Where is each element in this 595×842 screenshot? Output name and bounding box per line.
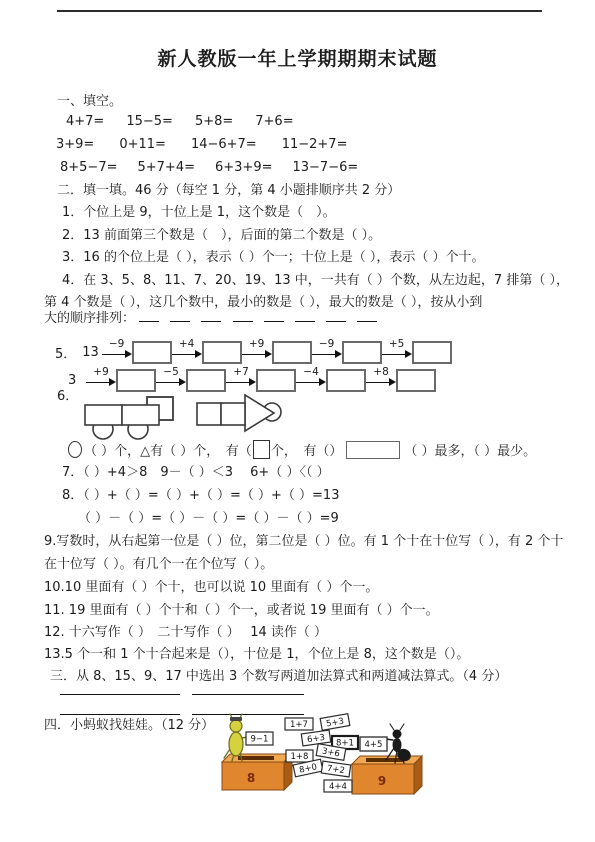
equation-row-1: 4+7= 15−5= 5+8= 7+6= xyxy=(66,114,294,129)
section4-heading: 四．小蚂蚁找娃娃。（12 分） xyxy=(44,717,214,735)
operation-label: +4 xyxy=(179,338,194,350)
operation-label: −5 xyxy=(163,366,178,378)
arrow-icon: +9 xyxy=(242,341,272,363)
question-5-number: 5． xyxy=(55,343,76,362)
number-chain-2: 3 +9 −5 +7 −4 +8 xyxy=(68,369,436,391)
section2-heading: 二．填一填。46 分（每空 1 分，第 4 小题排顺序共 2 分） xyxy=(57,182,400,200)
answer-blank xyxy=(233,308,253,322)
section1-heading: 一、填空。 xyxy=(57,93,122,111)
operation-label: −9 xyxy=(319,338,334,350)
svg-text:4+5: 4+5 xyxy=(365,740,383,750)
answer-blank xyxy=(264,308,284,322)
equation: 3+9= xyxy=(56,137,94,152)
answer-box xyxy=(132,341,172,364)
equation: 4+7= xyxy=(66,114,104,129)
square-shape xyxy=(197,403,221,425)
arrow-icon: −9 xyxy=(312,341,342,363)
operation-label: +7 xyxy=(233,366,248,378)
operation-label: +9 xyxy=(93,366,108,378)
answer-blank xyxy=(60,701,180,715)
answer-box xyxy=(116,369,156,392)
svg-text:1+8: 1+8 xyxy=(291,752,309,762)
answer-box xyxy=(342,341,382,364)
svg-text:3+6: 3+6 xyxy=(321,747,340,760)
arrow-icon: +5 xyxy=(382,341,412,363)
equation: 0+11= xyxy=(119,137,166,152)
sort-label: 大的顺序排列： xyxy=(44,311,135,326)
card: 5+3 xyxy=(320,714,350,731)
chain1-start-number: 13 xyxy=(82,345,99,360)
question-1: 1．个位上是 9，十位上是 1，这个数是（ ）。 xyxy=(62,204,336,222)
answer-blank xyxy=(192,681,304,695)
circle-icon xyxy=(68,441,82,458)
right-box-label: 9 xyxy=(378,774,386,788)
rectangle-icon xyxy=(346,441,400,459)
count-text: （ ）个， xyxy=(84,444,140,459)
question-11: 11. 19 里面有（ ）个十和（ ）个一，或者说 19 里面有（ ）个一。 xyxy=(44,602,439,620)
operation-label: −4 xyxy=(303,366,318,378)
question-8-line1: 8．（ ）+（ ）=（ ）+（ ）=（ ）+（ ）=13 xyxy=(62,487,339,505)
question-9-line1: 9.写数时，从右起第一位是（ ）位，第二位是（ ）位。有 1 个十在十位写（ ）… xyxy=(44,533,563,551)
box-slot xyxy=(238,756,274,760)
answer-blank xyxy=(139,308,159,322)
arrow-icon: +9 xyxy=(86,369,116,391)
answer-box xyxy=(326,369,366,392)
arrow-icon: −4 xyxy=(296,369,326,391)
body-rectangle xyxy=(85,405,122,425)
question-9-line2: 在十位写（ ）。有几个一在个位写（ ）。 xyxy=(44,556,273,574)
question-10: 10.10 里面有（ ）个十，也可以说 10 里面有（ ）个一。 xyxy=(44,579,378,597)
triangle-shape xyxy=(245,395,274,431)
answer-box xyxy=(256,369,296,392)
card: 4+4 xyxy=(324,780,352,792)
card: 1+7 xyxy=(285,718,313,730)
operation-label: +9 xyxy=(249,338,264,350)
question-2: 2．13 前面第三个数是（ ），后面的第二个数是（ ）。 xyxy=(62,227,381,245)
answer-blank xyxy=(357,308,377,322)
equation: 14−6+7= xyxy=(191,137,257,152)
count-text: 有（ xyxy=(226,444,252,459)
ants-picture: 8 9 xyxy=(198,706,428,801)
svg-text:4+4: 4+4 xyxy=(329,782,347,792)
equation: 15−5= xyxy=(126,114,173,129)
square-icon xyxy=(253,440,270,459)
question-4-line1: 4．在 3、5、8、11、7、20、19、13 中，一共有（ ）个数，从左边起，… xyxy=(62,272,569,290)
shapes-figure xyxy=(80,393,290,443)
svg-text:5+3: 5+3 xyxy=(325,717,344,730)
question-7: 7．（ ）+4＞8 9－（ ）＜3 6+（ ）〈（ ） xyxy=(62,464,330,482)
operation-label: +5 xyxy=(389,338,404,350)
square-shape xyxy=(221,403,245,425)
count-text: △有（ ）个， xyxy=(140,444,213,459)
answer-blank xyxy=(201,308,221,322)
number-chain-1: 5． 13 −9 +4 +9 −9 +5 xyxy=(55,341,452,363)
answer-box xyxy=(396,369,436,392)
count-text: 有（） xyxy=(303,444,342,459)
arrow-icon: +4 xyxy=(172,341,202,363)
answer-box xyxy=(412,341,452,364)
answer-box xyxy=(186,369,226,392)
question-8-line2: （ ）－（ ）=（ ）－（ ）=（ ）－（ ）=9 xyxy=(78,510,339,528)
arrow-icon: +8 xyxy=(366,369,396,391)
card: 7+2 xyxy=(321,761,350,777)
answer-box xyxy=(272,341,312,364)
left-box-label: 8 xyxy=(247,771,255,785)
question-4-sort-line: 大的顺序排列： xyxy=(44,308,384,328)
question-12: 12. 十六写作（ ） 二十写作（ ） 14 读作（ ） xyxy=(44,624,327,642)
exam-paper-page: 新人教版一年上学期期期末试题 一、填空。 4+7= 15−5= 5+8= 7+6… xyxy=(0,0,595,842)
answer-blank xyxy=(170,308,190,322)
question-6-counting-line: （ ）个，△有（ ）个， 有（个， 有（）（ ）最多，（ ）最少。 xyxy=(68,440,536,461)
question-6-number: 6． xyxy=(57,388,78,406)
answer-blank xyxy=(326,308,346,322)
count-text: 个， xyxy=(271,444,291,459)
question-13: 13.5 个一和 1 个十合起来是（），十位是 1，个位上是 8，这个数是（）。 xyxy=(44,646,469,664)
answer-blank-row xyxy=(60,681,304,695)
body-rectangle xyxy=(122,405,159,425)
operation-label: +8 xyxy=(373,366,388,378)
equation: 6+3+9= xyxy=(215,160,273,175)
equation-row-2: 3+9= 0+11= 14−6+7= 11−2+7= xyxy=(56,137,347,152)
arrow-icon: +7 xyxy=(226,369,256,391)
right-box: 9 xyxy=(352,756,422,794)
answer-box xyxy=(202,341,242,364)
card: 4+5 xyxy=(360,737,387,751)
page-title: 新人教版一年上学期期期末试题 xyxy=(0,44,595,71)
equation: 13−7−6= xyxy=(293,160,359,175)
arrow-icon: −5 xyxy=(156,369,186,391)
equation-row-3: 8+5−7= 5+7+4= 6+3+9= 13−7−6= xyxy=(60,160,358,175)
card: 6+3 xyxy=(301,730,330,746)
svg-text:1+7: 1+7 xyxy=(290,720,308,730)
card: 9−1 xyxy=(246,732,273,745)
equation: 5+7+4= xyxy=(138,160,196,175)
operation-label: −9 xyxy=(109,338,124,350)
top-rule-divider xyxy=(57,10,542,12)
answer-blank xyxy=(295,308,315,322)
equation: 7+6= xyxy=(255,114,293,129)
svg-text:9−1: 9−1 xyxy=(251,735,269,745)
equation: 11−2+7= xyxy=(282,137,348,152)
equation: 8+5−7= xyxy=(60,160,118,175)
question-3: 3．16 的个位上是（ ），表示（ ）个一；十位上是（ ），表示（ ）个十。 xyxy=(62,249,484,267)
count-text: （ ）最多，（ ）最少。 xyxy=(404,444,536,459)
chain2-start-number: 3 xyxy=(68,373,76,388)
arrow-icon: −9 xyxy=(102,341,132,363)
card: 1+8 xyxy=(286,750,313,762)
equation: 5+8= xyxy=(195,114,233,129)
answer-blank xyxy=(60,681,180,695)
box-slot xyxy=(366,758,404,762)
